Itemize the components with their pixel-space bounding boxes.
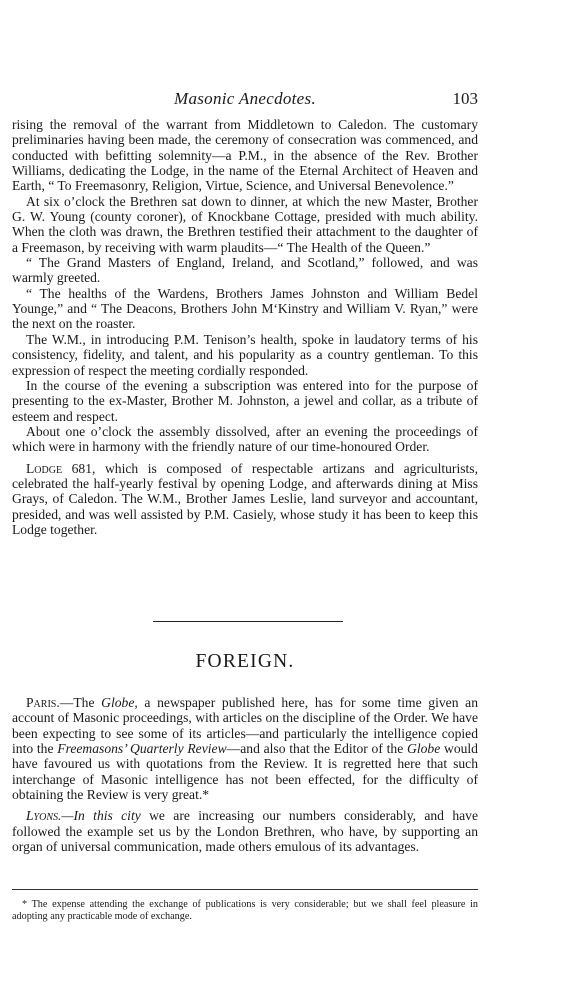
running-head: Masonic Anecdotes. 103 bbox=[12, 89, 478, 111]
section-heading: FOREIGN. bbox=[12, 651, 478, 673]
lodge-text: 681, which is composed of respectable ar… bbox=[12, 461, 478, 537]
text: —In this city bbox=[61, 808, 140, 823]
lodge-lead: Lodge bbox=[26, 461, 62, 476]
review-title: Freemasons’ Quarterly Review bbox=[57, 741, 226, 756]
paragraph: In the course of the evening a subscript… bbox=[12, 378, 478, 424]
section-masonic-anecdotes: rising the removal of the warrant from M… bbox=[12, 117, 478, 537]
globe-title: Globe, bbox=[101, 695, 138, 710]
section-foreign: Paris.—The Globe, a newspaper published … bbox=[12, 695, 478, 854]
footnote-rule bbox=[12, 889, 478, 890]
paragraph: About one o’clock the assembly dissolved… bbox=[12, 424, 478, 455]
paris-lead: Paris. bbox=[26, 695, 60, 710]
paragraph: rising the removal of the warrant from M… bbox=[12, 117, 478, 194]
footnote: * The expense attending the exchange of … bbox=[12, 899, 478, 922]
section-divider bbox=[153, 621, 343, 622]
running-title: Masonic Anecdotes. bbox=[12, 89, 478, 109]
paragraph-lodge-681: Lodge 681, which is composed of respecta… bbox=[12, 461, 478, 538]
paragraph: “ The Grand Masters of England, Ireland,… bbox=[12, 255, 478, 286]
paragraph-lyons: Lyons.—In this city we are increasing ou… bbox=[12, 808, 478, 854]
paragraph: The W.M., in introducing P.M. Tenison’s … bbox=[12, 332, 478, 378]
footnote-text: * The expense attending the exchange of … bbox=[12, 899, 478, 922]
page-number: 103 bbox=[453, 89, 479, 109]
globe-title: Globe bbox=[407, 741, 440, 756]
paragraph: At six o’clock the Brethren sat down to … bbox=[12, 194, 478, 255]
paragraph-paris: Paris.—The Globe, a newspaper published … bbox=[12, 695, 478, 802]
text: —and also that the Editor of the bbox=[227, 741, 407, 756]
lyons-lead: Lyons. bbox=[26, 808, 61, 823]
text: —The bbox=[60, 695, 101, 710]
paragraph: “ The healths of the Wardens, Brothers J… bbox=[12, 286, 478, 332]
